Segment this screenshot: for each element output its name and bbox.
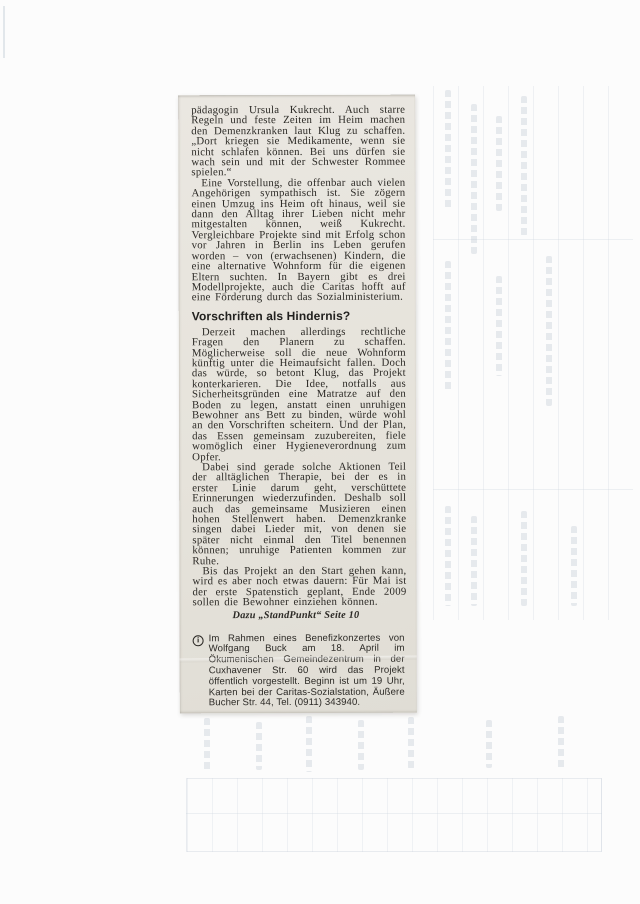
article-paragraph-continuation: pädagogin Ursula Kukrecht. Auch starre R… — [191, 105, 405, 178]
show-through-text-smudge — [445, 261, 451, 391]
show-through-text-smudge — [358, 720, 364, 770]
scan-edge-artifact — [3, 6, 5, 58]
show-through-text-smudge — [445, 90, 451, 210]
show-through-text-smudge — [256, 722, 262, 770]
show-through-table-right — [433, 86, 633, 620]
show-through-text-smudge — [204, 718, 210, 772]
show-through-text-smudge — [521, 511, 527, 606]
show-through-text-smudge — [558, 716, 564, 770]
show-through-text-smudge — [445, 506, 451, 606]
info-box-text: Im Rahmen eines Benefizkonzertes von Wol… — [209, 633, 405, 709]
show-through-text-smudge — [306, 716, 312, 772]
info-icon: i — [193, 635, 204, 646]
article-paragraph: Dabei sind gerade solche Aktionen Teil d… — [192, 462, 406, 567]
newspaper-clipping: pädagogin Ursula Kukrecht. Auch starre R… — [178, 95, 417, 714]
show-through-text-smudge — [496, 276, 502, 376]
show-through-text-smudge — [471, 516, 477, 606]
info-box: i Im Rahmen eines Benefizkonzertes von W… — [193, 633, 407, 709]
article-paragraph: Bis das Projekt an den Start gehen kann,… — [192, 566, 406, 608]
show-through-table-bottom — [186, 778, 602, 852]
show-through-text-smudge — [546, 256, 552, 406]
scanned-document-page: pädagogin Ursula Kukrecht. Auch starre R… — [0, 0, 640, 904]
article-subheadline: Vorschriften als Hindernis? — [192, 308, 406, 323]
show-through-text-smudge — [521, 96, 527, 236]
show-through-text-smudge — [408, 717, 414, 769]
show-through-text-area — [186, 714, 600, 776]
show-through-text-smudge — [496, 116, 502, 211]
show-through-text-smudge — [486, 720, 492, 768]
show-through-text-smudge — [571, 526, 577, 606]
show-through-text-smudge — [471, 104, 477, 254]
article-paragraph: Eine Vorstellung, die offenbar auch viel… — [191, 178, 405, 303]
article-paragraph: Derzeit machen allerdings rechtliche Fra… — [192, 326, 406, 462]
article-crossref: Dazu „StandPunkt“ Seite 10 — [233, 609, 407, 620]
